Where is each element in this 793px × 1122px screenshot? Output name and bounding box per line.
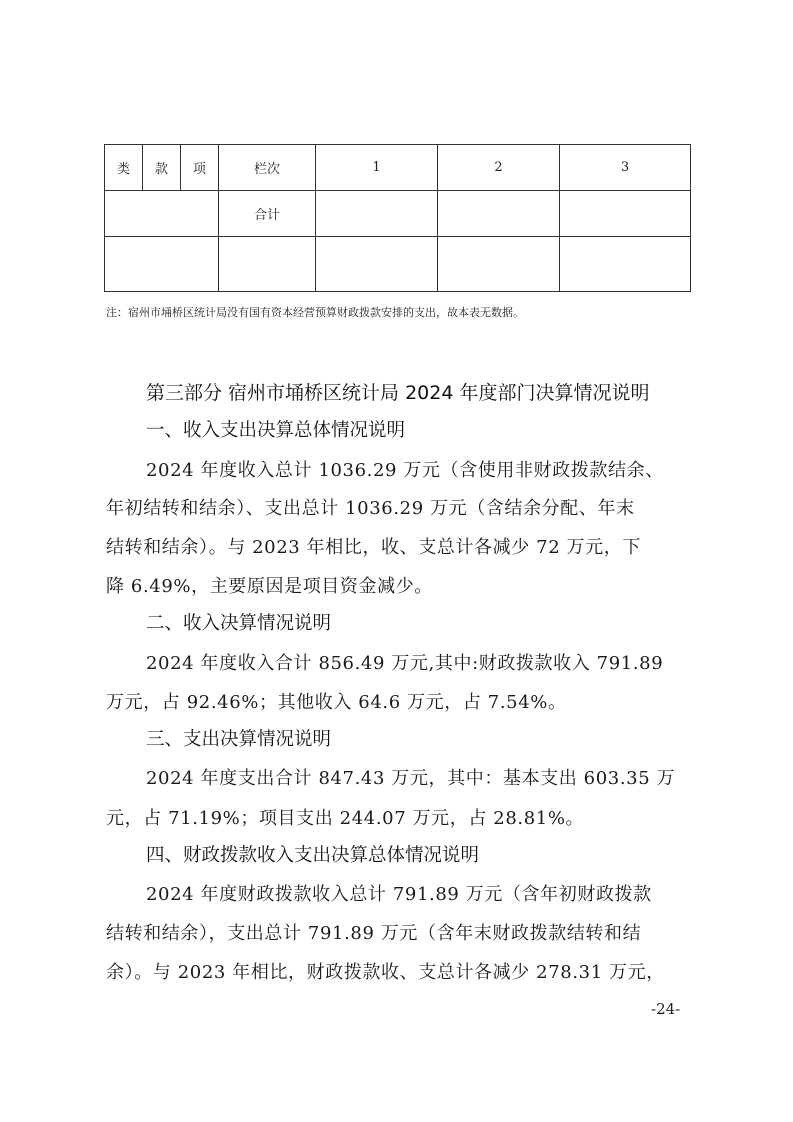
section-1-line-1: 2024 年度收入总计 1036.29 万元（含使用非财政拨款结余、 <box>146 456 664 482</box>
section-3-heading: 三、支出决算情况说明 <box>146 725 331 751</box>
table-row <box>105 237 691 292</box>
total-code-cell <box>105 191 219 237</box>
section-1-line-3: 结转和结余）。与 2023 年相比，收、支总计各减少 72 万元，下 <box>106 533 641 559</box>
document-page: 类 款 项 栏次 1 2 3 合计 注：宿州市埇桥区统计局没有国有资本经营预算财… <box>0 0 793 1122</box>
page-number: -24- <box>651 1000 680 1018</box>
section-1-line-4: 降 6.49%，主要原因是项目资金减少。 <box>106 572 433 598</box>
header-col-2: 2 <box>438 145 560 191</box>
section-4-line-3: 余）。与 2023 年相比，财政拨款收、支总计各减少 278.31 万元， <box>106 958 665 984</box>
section-2-heading: 二、收入决算情况说明 <box>146 609 331 635</box>
header-lanci: 栏次 <box>219 145 316 191</box>
section-3-line-1: 2024 年度支出合计 847.43 万元，其中：基本支出 603.35 万 <box>146 764 675 790</box>
total-value-1 <box>316 191 438 237</box>
row-value-3 <box>560 237 691 292</box>
total-label: 合计 <box>219 191 316 237</box>
table-header-row: 类 款 项 栏次 1 2 3 <box>105 145 691 191</box>
section-2-line-2: 万元，占 92.46%；其他收入 64.6 万元，占 7.54%。 <box>106 688 567 714</box>
header-col-3: 3 <box>560 145 691 191</box>
part-title: 第三部分 宿州市埇桥区统计局 2024 年度部门决算情况说明 <box>146 378 649 405</box>
total-value-2 <box>438 191 560 237</box>
row-value-1 <box>316 237 438 292</box>
row-code-cell <box>105 237 219 292</box>
row-name-cell <box>219 237 316 292</box>
section-2-line-1: 2024 年度收入合计 856.49 万元,其中:财政拨款收入 791.89 <box>146 649 663 675</box>
row-value-2 <box>438 237 560 292</box>
section-3-line-2: 元，占 71.19%；项目支出 244.07 万元，占 28.81%。 <box>106 804 584 830</box>
section-1-heading: 一、收入支出决算总体情况说明 <box>146 416 405 442</box>
section-4-line-1: 2024 年度财政拨款收入总计 791.89 万元（含年初财政拨款 <box>146 880 652 906</box>
header-lei: 类 <box>105 145 143 191</box>
table-note: 注：宿州市埇桥区统计局没有国有资本经营预算财政拨款安排的支出，故本表无数据。 <box>106 304 524 320</box>
header-kuan: 款 <box>143 145 181 191</box>
header-xiang: 项 <box>181 145 219 191</box>
state-capital-budget-table: 类 款 项 栏次 1 2 3 合计 <box>104 144 691 292</box>
table-total-row: 合计 <box>105 191 691 237</box>
total-value-3 <box>560 191 691 237</box>
section-1-line-2: 年初结转和结余）、支出总计 1036.29 万元（含结余分配、年末 <box>106 494 635 520</box>
section-4-heading: 四、财政拨款收入支出决算总体情况说明 <box>146 841 479 867</box>
section-4-line-2: 结转和结余），支出总计 791.89 万元（含年末财政拨款结转和结 <box>106 919 641 945</box>
header-col-1: 1 <box>316 145 438 191</box>
